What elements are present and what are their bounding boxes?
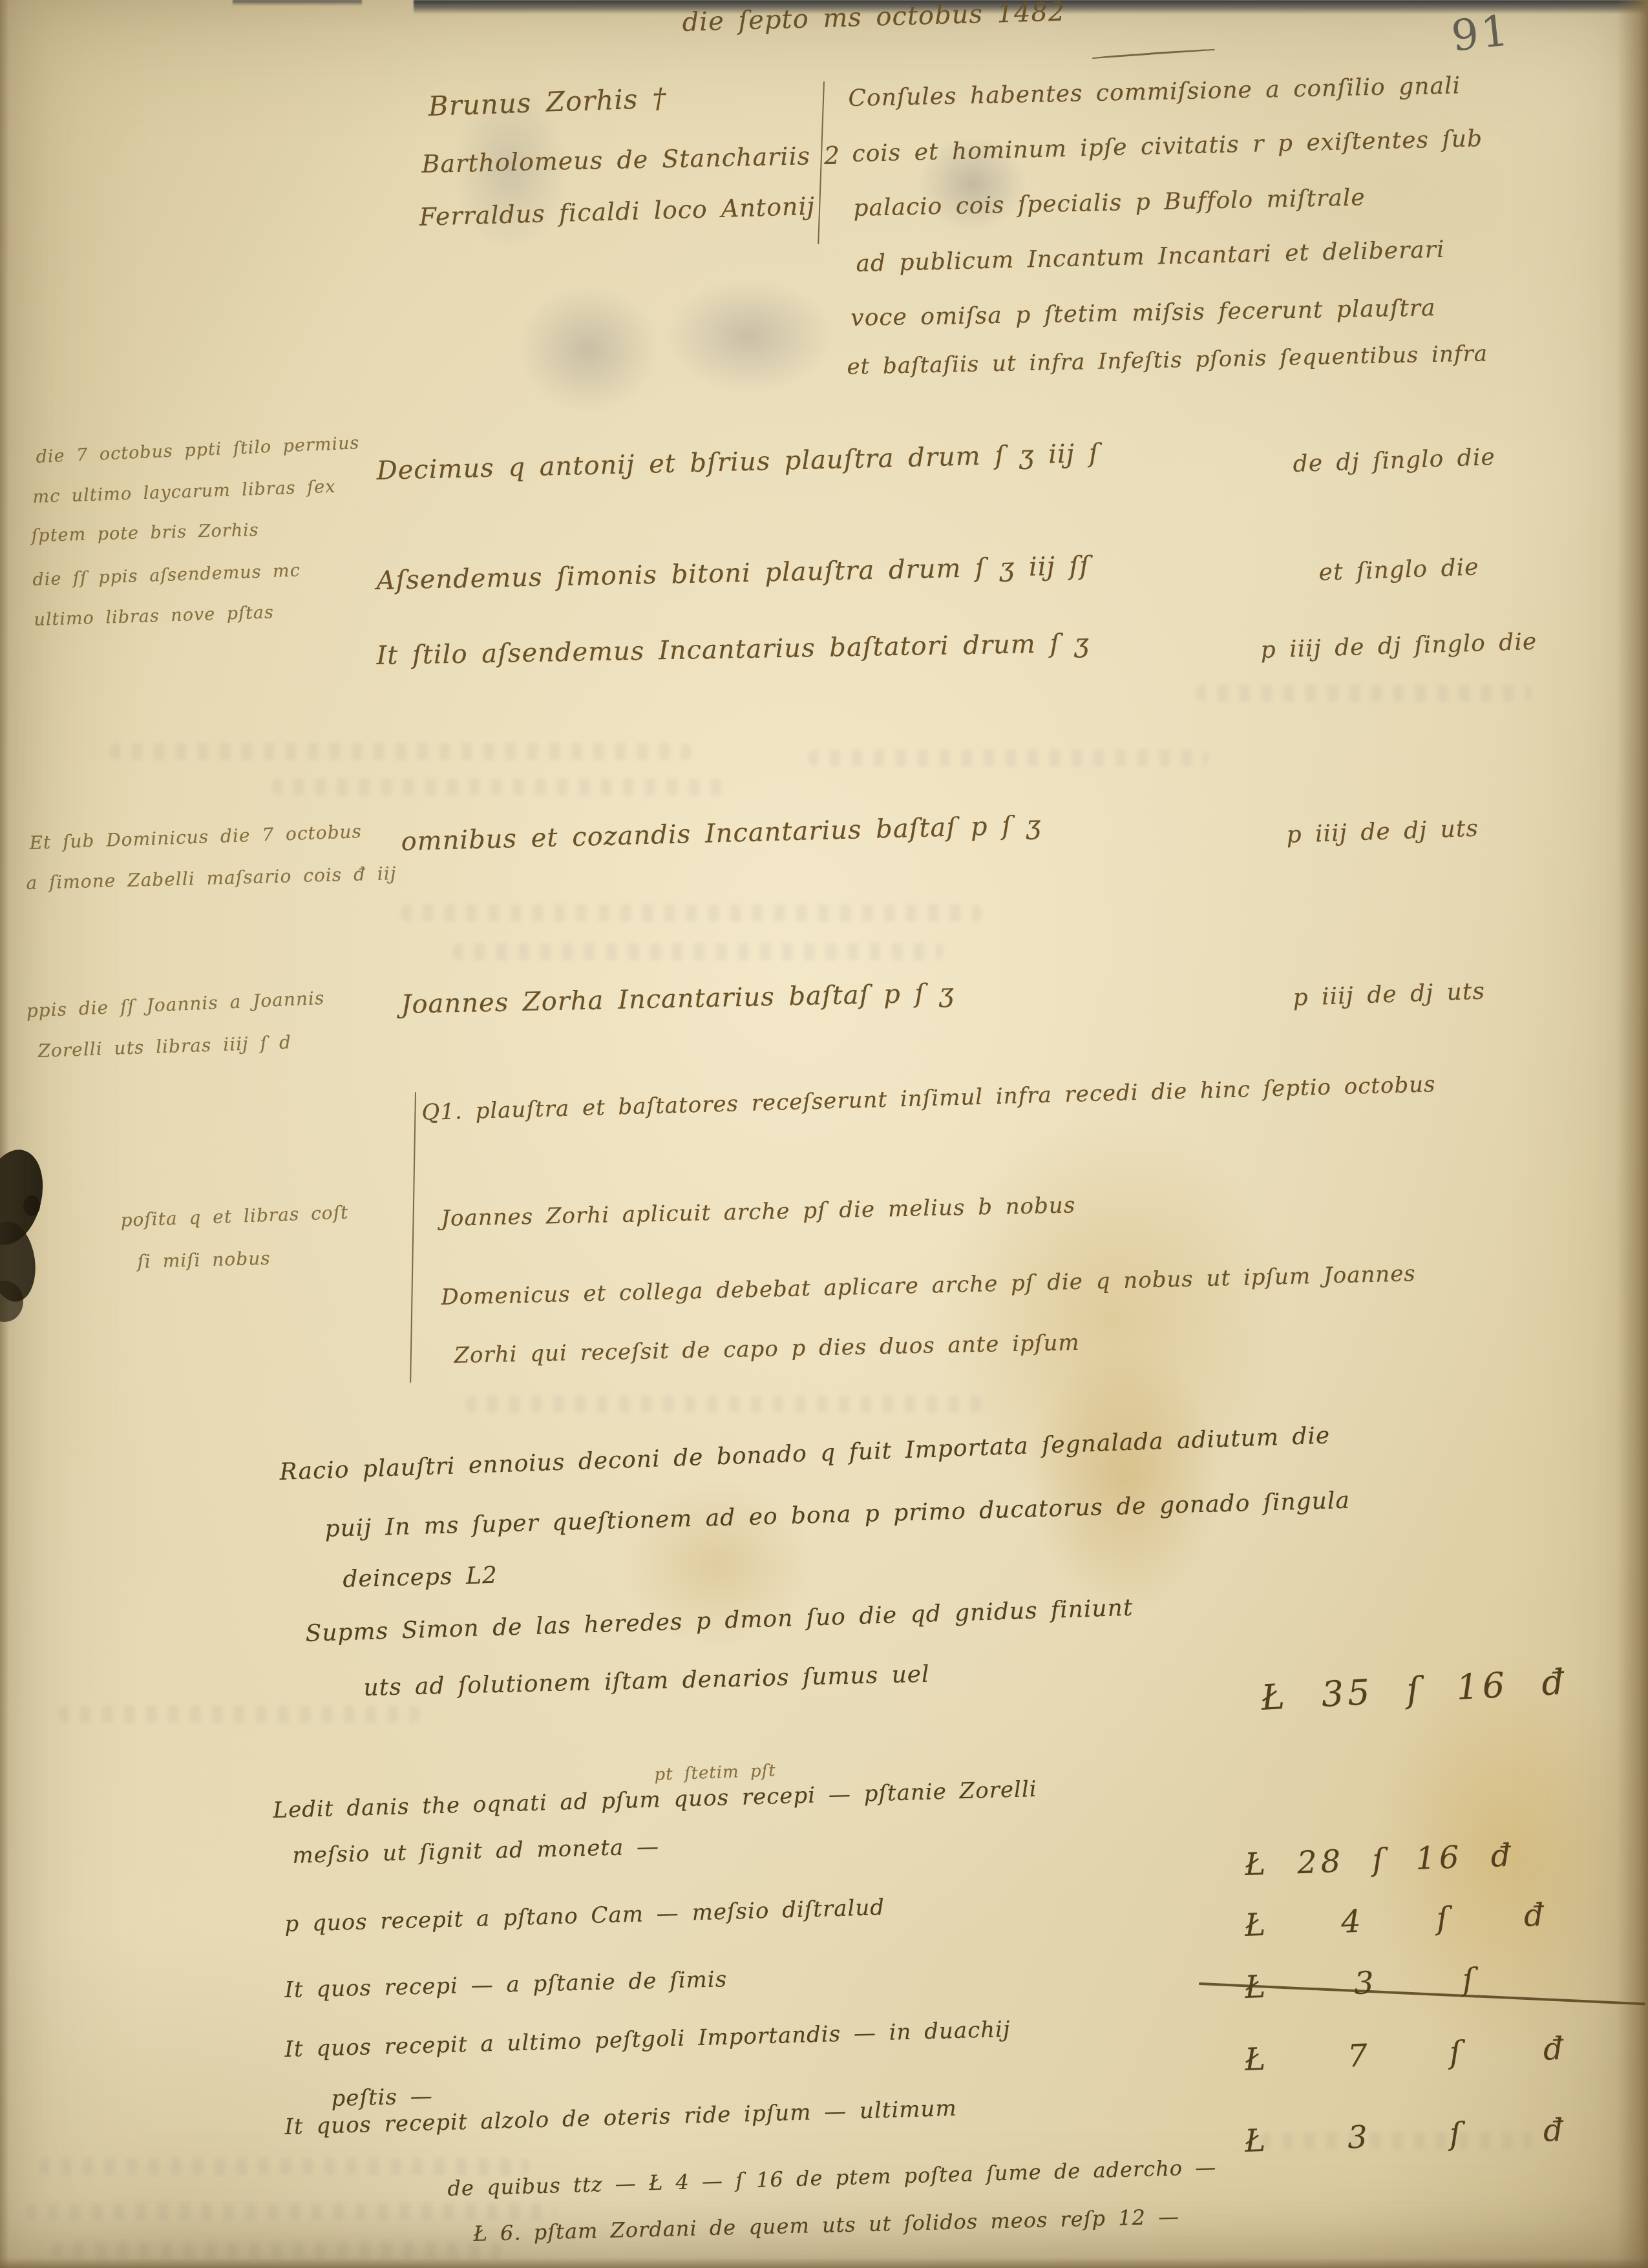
consules-line-1: Conſules habentes commiſsione a conſilio…	[848, 72, 1461, 112]
bracket-line	[410, 1092, 416, 1383]
entry-5-amount: p iiij de dj uts	[1293, 978, 1485, 1011]
account-row-4-amount: Ł 3 ſ	[1244, 1961, 1479, 2006]
racio-line-1: Racio plauſtri ennoius deconi de bonado …	[279, 1422, 1331, 1486]
ink-blot	[0, 1143, 52, 1252]
ink-blot	[23, 1195, 40, 1216]
entry-1-amount: de dj ſinglo die	[1293, 444, 1495, 478]
entry-5-margin-1: ppis die ſſ Joannis a Joannis	[26, 987, 325, 1022]
entry-5-main: Joannes Zorha Incantarius baſtaſ p ſ ʒ	[401, 978, 955, 1020]
closing-line-1: de quibus ttz — Ł 4 — ſ 16 de ptem poſte…	[447, 2155, 1217, 2201]
entry-1-margin-2: mc ultimo laycarum libras ſex	[32, 477, 336, 507]
racio-line-2: puij In ms ſuper queſtionem ad eo bona p…	[324, 1487, 1350, 1542]
bleed-through	[401, 905, 982, 921]
names-line-3: Ferraldus ficaldi loco Antonij	[419, 192, 816, 231]
heading-flourish	[1092, 48, 1215, 59]
entry-1-margin-1: die 7 octobus ppti ſtilo permius	[36, 433, 360, 467]
account-row-4-text: It quos recepi — a pſtanie de ſimis	[284, 1966, 728, 2003]
entry-2-margin-1: die ſſ ppis aſsendemus mc	[32, 561, 301, 590]
account-row-5-amount: Ł 7 ſ đ	[1244, 2031, 1568, 2078]
bleed-through	[110, 743, 692, 760]
entry-2-margin-2: ultimo libras nove pſtas	[34, 602, 274, 630]
entry-5-margin-2: Zorelli uts libras iiij ſ d	[37, 1031, 291, 1062]
bleed-through	[465, 1396, 982, 1412]
folio-number: 91	[1449, 5, 1514, 61]
bleed-through	[52, 2242, 504, 2259]
bracket-line-2: Domenicus et collega debebat aplicare ar…	[441, 1261, 1416, 1310]
consules-line-6: et baſtaſiis ut infra Infeſtis pſonis ſe…	[847, 341, 1488, 380]
entry-4-main: omnibus et cozandis Incantarius baſtaſ p…	[401, 810, 1042, 857]
paper-edge-left	[0, 0, 9, 2268]
ink-blot	[0, 1219, 40, 1305]
paper-edge-top-left	[233, 0, 362, 6]
paper-edge-right	[1617, 0, 1648, 2268]
consules-line-3: palacio cois ſpecialis p Buffolo miſtral…	[853, 184, 1366, 222]
bracket-line-3: Zorhi qui receſsit de capo p dies duos a…	[454, 1330, 1080, 1369]
racio-line-3: deinceps L2	[343, 1562, 498, 1593]
account-row-2-amount: Ł 28 ſ 16 đ	[1244, 1837, 1515, 1883]
account-row-6-text: peſtis —	[331, 2083, 433, 2112]
summary-line-2: uts ad ſolutionem iſtam denarios ſumus u…	[363, 1661, 930, 1701]
entry-4-margin-2: a ſimone Zabelli maſsario cois đ iij	[26, 863, 397, 894]
account-row-3-amount: Ł 4 ſ đ	[1244, 1897, 1548, 1944]
bracket-margin-1: poſita q et libras coſt	[120, 1202, 349, 1231]
stain	[666, 278, 834, 394]
entry-3-amount: p iiij de dj ſinglo die	[1260, 629, 1537, 664]
paper-edge-bottom	[0, 2258, 1648, 2268]
names-line-2: Bartholomeus de Stanchariis 2	[421, 141, 841, 178]
entry-2-amount: et ſinglo die	[1318, 554, 1479, 586]
stain	[937, 1111, 1286, 1525]
recess-note: Q1. plauſtra et baſtatores receſserunt i…	[421, 1071, 1436, 1126]
names-line-1: Brunus Zorhis †	[428, 82, 667, 122]
bleed-through	[58, 1706, 420, 1723]
closing-line-2: Ł 6. pſtam Zordani de quem uts ut ſolido…	[473, 2204, 1180, 2246]
entry-2-main: Aſsendemus ſimonis bitoni plauſtra drum …	[376, 551, 1090, 596]
bleed-through	[452, 943, 944, 960]
bleed-through	[26, 2203, 556, 2220]
consules-line-4: ad publicum Incantum Incantari et delibe…	[856, 236, 1445, 277]
bleed-through	[39, 2158, 530, 2175]
consules-line-5: voce omiſsa p ſtetim miſsis fecerunt pla…	[850, 295, 1436, 331]
stain	[1028, 1344, 1221, 1615]
entry-1-main: Decimus q antonij et bſrius plauſtra dru…	[376, 439, 1099, 486]
accounts-interline-note: pt ſtetim pſt	[654, 1761, 776, 1785]
bleed-through	[271, 779, 724, 795]
entry-4-amount: p iiij de dj uts	[1286, 815, 1479, 848]
ink-blot	[0, 1281, 23, 1322]
manuscript-page: die ſepto ms octobus 1482 91 Brunus Zorh…	[0, 0, 1648, 2268]
consules-line-2: cois et hominum ipſe civitatis r p exiſt…	[852, 125, 1483, 167]
entry-3-main: It ſtilo aſsendemus Incantarius baſtator…	[376, 629, 1090, 671]
account-row-7-amount: Ł 3 ſ đ	[1244, 2112, 1568, 2159]
summary-amount: Ł 35 ſ 16 đ	[1260, 1661, 1569, 1718]
entry-4-margin-1: Et ſub Dominicus die 7 octobus	[29, 821, 362, 854]
entry-1-margin-3: ſptem pote bris Zorhis	[31, 520, 259, 546]
account-row-2-text: meſsio ut ſignit ad moneta —	[292, 1834, 660, 1869]
page-heading: die ſepto ms octobus 1482	[682, 0, 1066, 37]
account-row-3-text: p quos recepit a pſtano Cam — meſsio diſ…	[284, 1895, 885, 1937]
stain	[517, 284, 659, 414]
account-row-5-text: It quos recepit a ultimo peſtgoli Import…	[284, 2017, 1011, 2063]
summary-line-1: Supms Simon de las heredes p dmon ſuo di…	[305, 1595, 1134, 1647]
bleed-through	[808, 750, 1209, 766]
bracket-margin-2: ſi miſi nobus	[137, 1248, 271, 1272]
bracket-line-1: Joannes Zorhi aplicuit arche pſ die meli…	[441, 1192, 1076, 1232]
bleed-through	[1196, 685, 1532, 702]
